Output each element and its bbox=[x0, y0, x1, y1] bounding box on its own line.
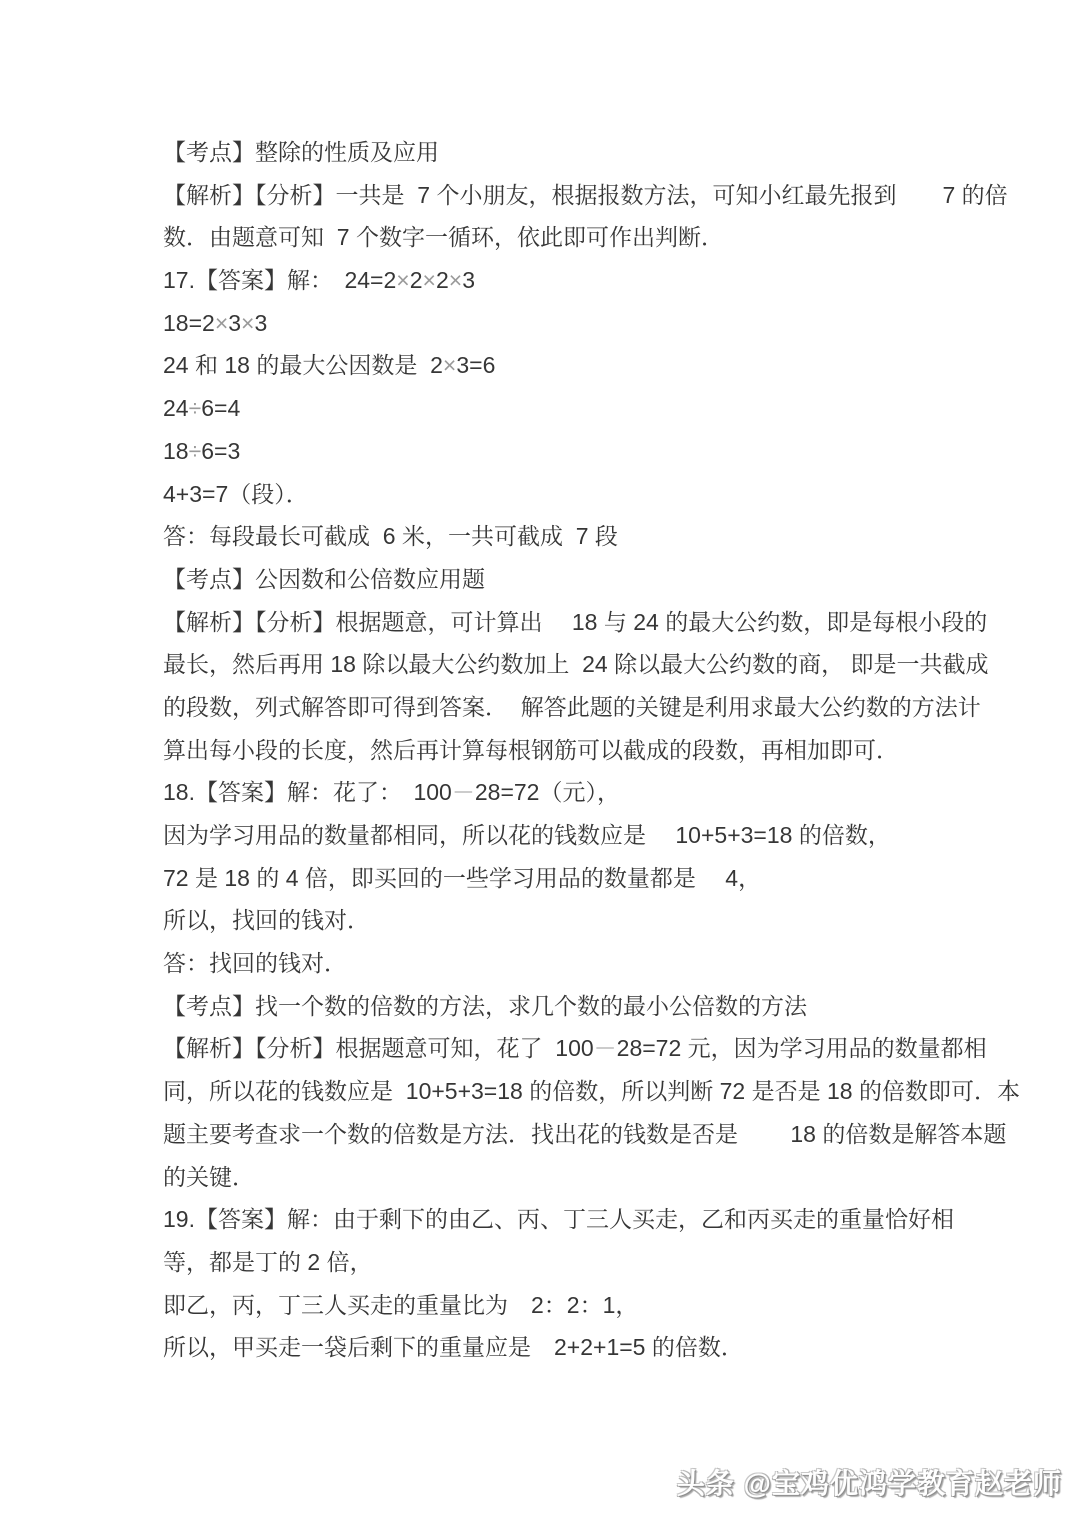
text-line: 【解析】【分析】一共是 7 个小朋友，根据报数方法，可知小红最先报到 7 的倍 bbox=[163, 174, 963, 217]
text-line: 算出每小段的长度，然后再计算每根钢筋可以截成的段数，再相加即可． bbox=[163, 729, 963, 772]
text-line: 答：每段最长可截成 6 米，一共可截成 7 段 bbox=[163, 515, 963, 558]
text-line: 答：找回的钱对． bbox=[163, 942, 963, 985]
text-line: 18=2×3×3 bbox=[163, 302, 963, 345]
text-line: 24÷6=4 bbox=[163, 387, 963, 430]
text-line: 【解析】【分析】根据题意，可计算出 18 与 24 的最大公约数，即是每根小段的 bbox=[163, 601, 963, 644]
text-line: 【考点】整除的性质及应用 bbox=[163, 131, 963, 174]
text-line: 【考点】公因数和公倍数应用题 bbox=[163, 558, 963, 601]
text-line: 等，都是丁的 2 倍， bbox=[163, 1241, 963, 1284]
toutiao-watermark: 头条 @宝鸡优鸿学教育赵老师 bbox=[677, 1462, 1062, 1502]
text-line: 因为学习用品的数量都相同，所以花的钱数应是 10+5+3=18 的倍数， bbox=[163, 814, 963, 857]
text-line: 的段数，列式解答即可得到答案． 解答此题的关键是利用求最大公约数的方法计 bbox=[163, 686, 963, 729]
text-line: 19.【答案】解：由于剩下的由乙、丙、丁三人买走，乙和丙买走的重量恰好相 bbox=[163, 1198, 963, 1241]
text-line: 18.【答案】解：花了： 100－28=72（元）， bbox=[163, 771, 963, 814]
text-line: 的关键． bbox=[163, 1156, 963, 1199]
document-page: 【考点】整除的性质及应用 【解析】【分析】一共是 7 个小朋友，根据报数方法，可… bbox=[0, 0, 1080, 1528]
text-line: 【考点】找一个数的倍数的方法，求几个数的最小公倍数的方法 bbox=[163, 985, 963, 1028]
text-line: 18÷6=3 bbox=[163, 430, 963, 473]
text-line: 数．由题意可知 7 个数字一循环，依此即可作出判断． bbox=[163, 216, 963, 259]
text-line: 【解析】【分析】根据题意可知，花了 100－28=72 元，因为学习用品的数量都… bbox=[163, 1027, 963, 1070]
text-line: 72 是 18 的 4 倍，即买回的一些学习用品的数量都是 4， bbox=[163, 857, 963, 900]
text-line: 17.【答案】解： 24=2×2×2×3 bbox=[163, 259, 963, 302]
text-line: 题主要考查求一个数的倍数是方法．找出花的钱数是否是 18 的倍数是解答本题 bbox=[163, 1113, 963, 1156]
document-body: 【考点】整除的性质及应用 【解析】【分析】一共是 7 个小朋友，根据报数方法，可… bbox=[163, 131, 963, 1369]
text-line: 24 和 18 的最大公因数是 2×3=6 bbox=[163, 344, 963, 387]
text-line: 所以，甲买走一袋后剩下的重量应是 2+2+1=5 的倍数． bbox=[163, 1326, 963, 1369]
text-line: 同，所以花的钱数应是 10+5+3=18 的倍数，所以判断 72 是否是 18 … bbox=[163, 1070, 963, 1113]
text-line: 即乙，丙，丁三人买走的重量比为 2：2：1， bbox=[163, 1284, 963, 1327]
text-line: 所以，找回的钱对． bbox=[163, 899, 963, 942]
text-line: 最长，然后再用 18 除以最大公约数加上 24 除以最大公约数的商， 即是一共截… bbox=[163, 643, 963, 686]
text-line: 4+3=7（段）． bbox=[163, 473, 963, 516]
